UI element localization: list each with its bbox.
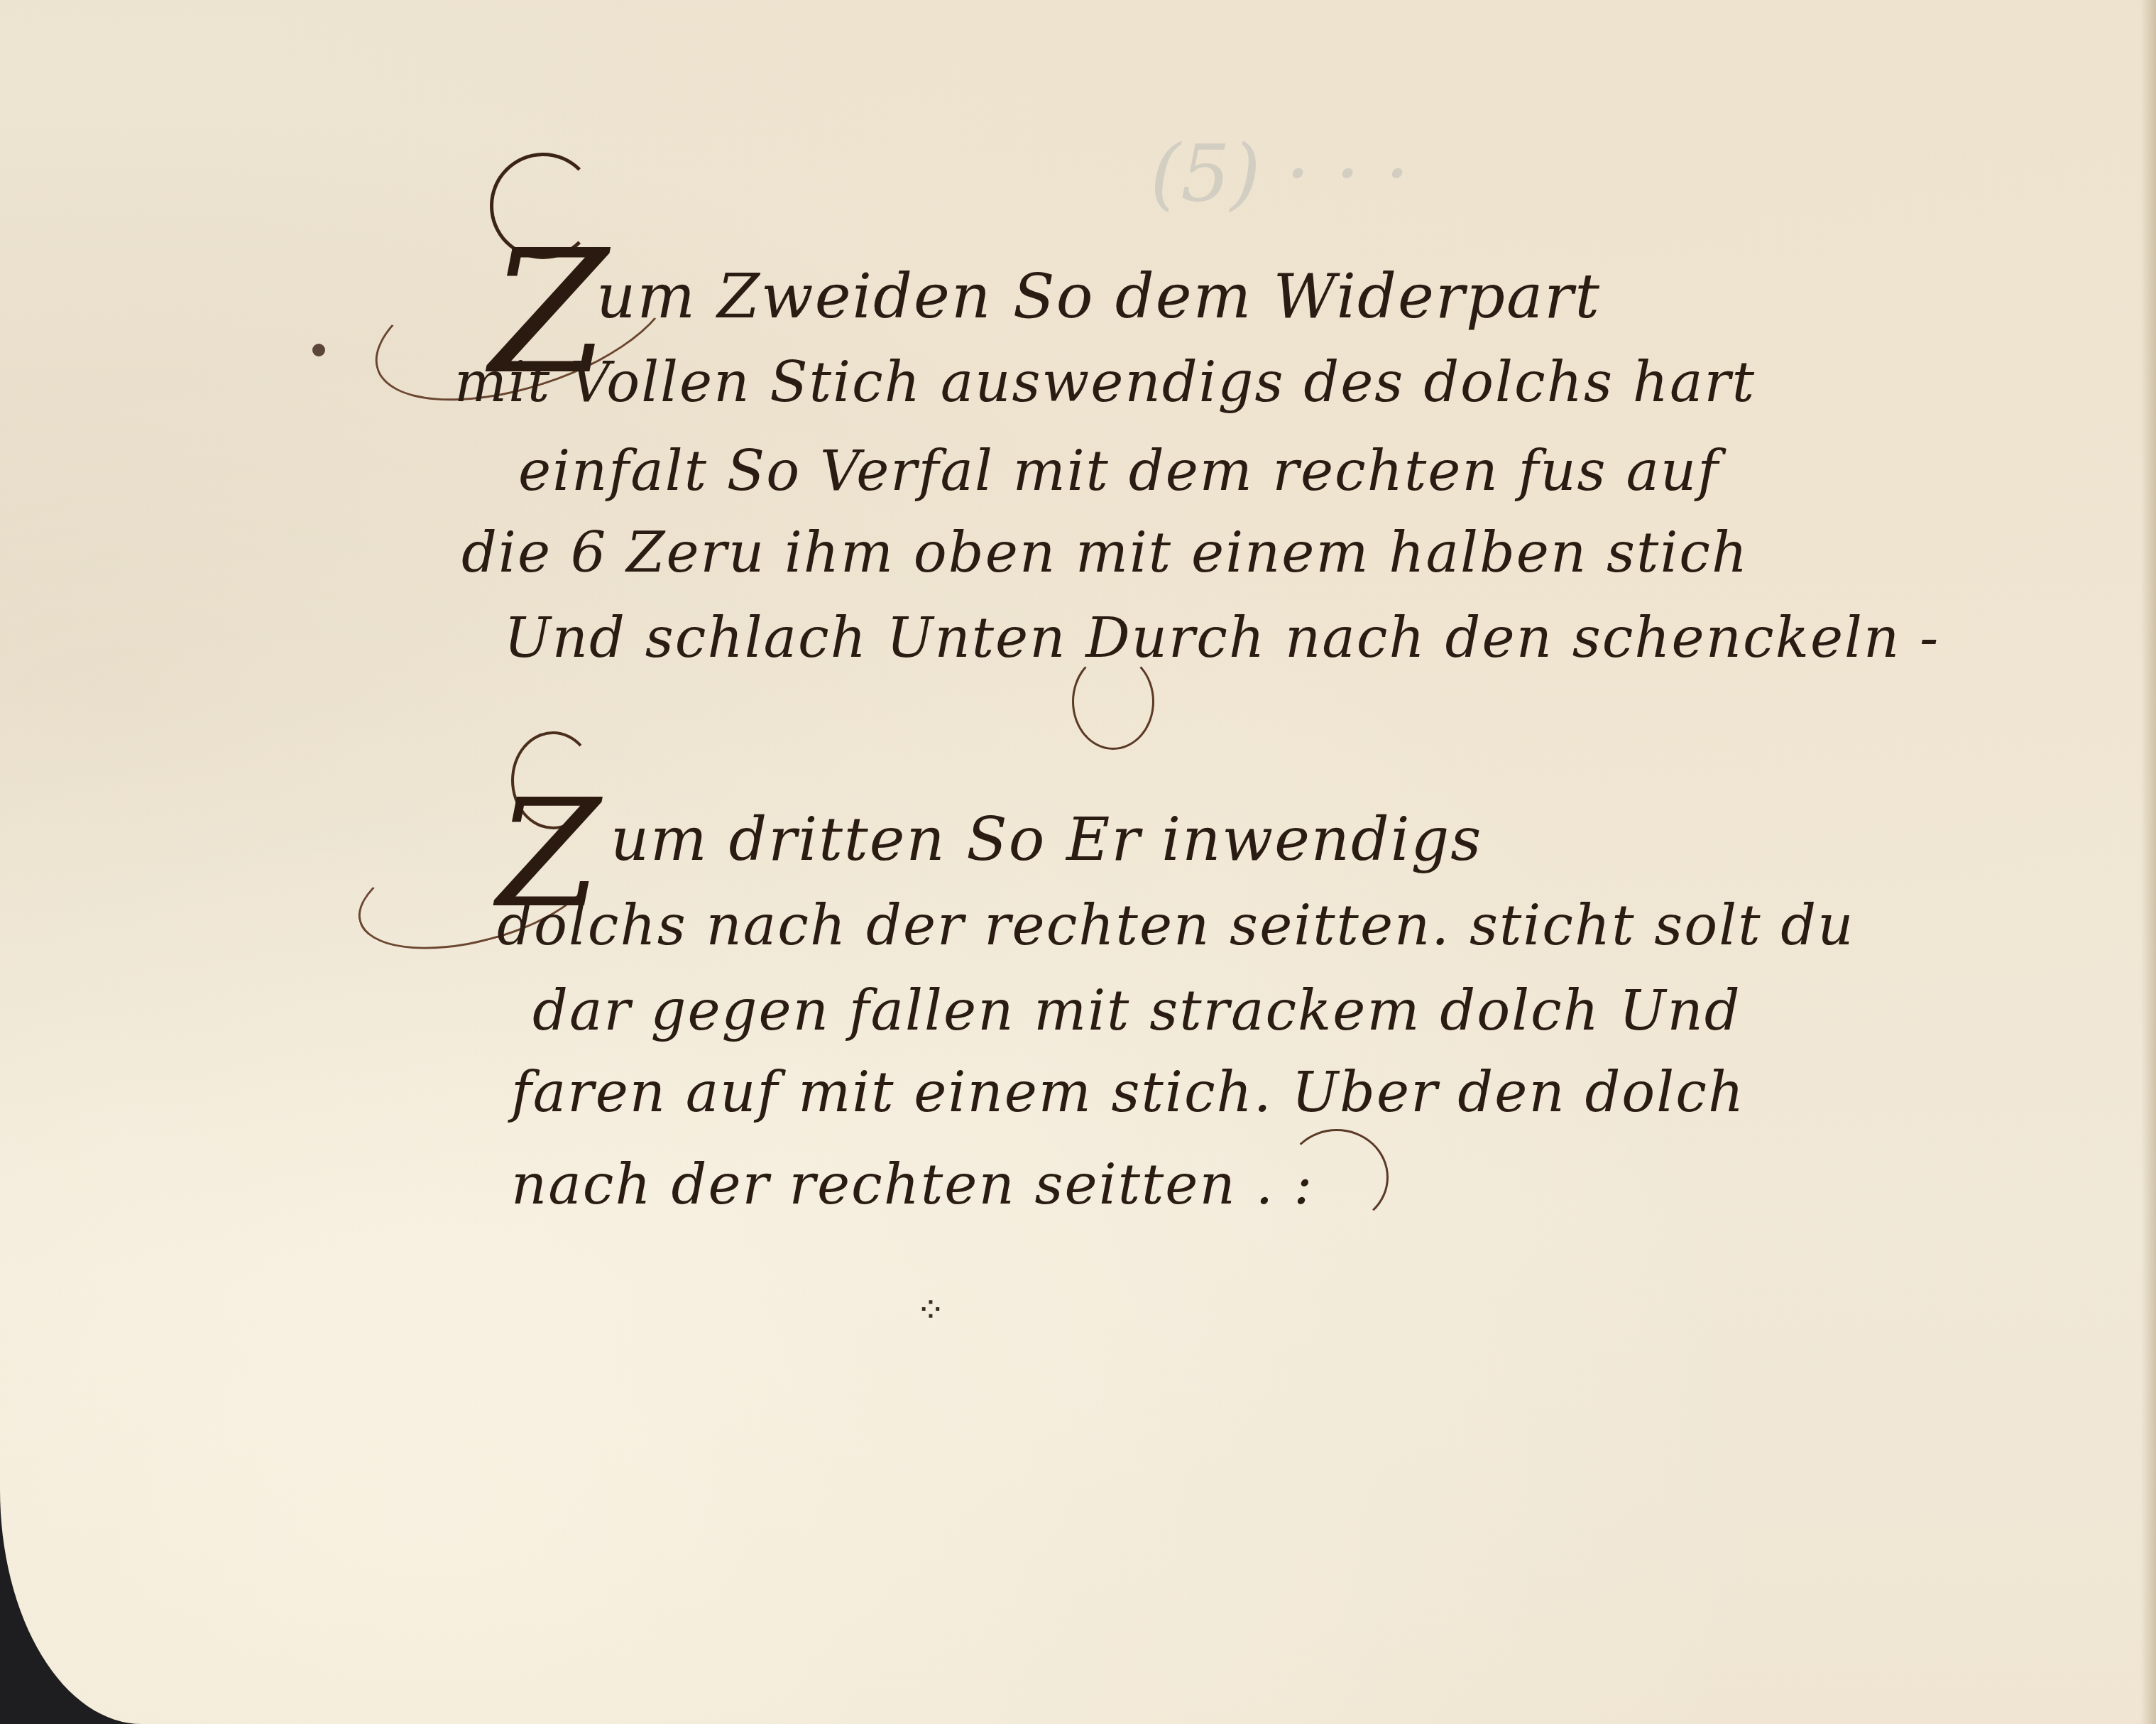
text-line: dar gegen fallen mit strackem dolch Und [532, 983, 1741, 1039]
text-line: die 6 Zeru ihm oben mit einem halben sti… [461, 525, 1749, 581]
bleed-through-text: (5) · · · [1150, 128, 1410, 219]
manuscript-page: (5) · · · Z um Zweiden So dem Widerpart … [0, 0, 2156, 1724]
closing-loop [1285, 1129, 1389, 1226]
bottom-ink-mark: ⁘ [916, 1292, 947, 1328]
text-line: um Zweiden So dem Widerpart [596, 266, 1601, 327]
text-line: faren auf mit einem stich. Uber den dolc… [511, 1065, 1745, 1120]
text-line: um dritten So Er inwendigs [611, 809, 1482, 869]
text-line: nach der rechten seitten . : [511, 1157, 1313, 1213]
text-line: Und schlach Unten Durch nach den schenck… [504, 611, 1939, 666]
descender-loop [1072, 653, 1154, 750]
ink-spot [312, 344, 325, 356]
text-line: dolchs nach der rechten seitten. sticht … [497, 898, 1855, 954]
text-line: einfalt So Verfal mit dem rechten fus au… [518, 444, 1719, 499]
text-line: mit Vollen Stich auswendigs des dolchs h… [454, 355, 1756, 410]
